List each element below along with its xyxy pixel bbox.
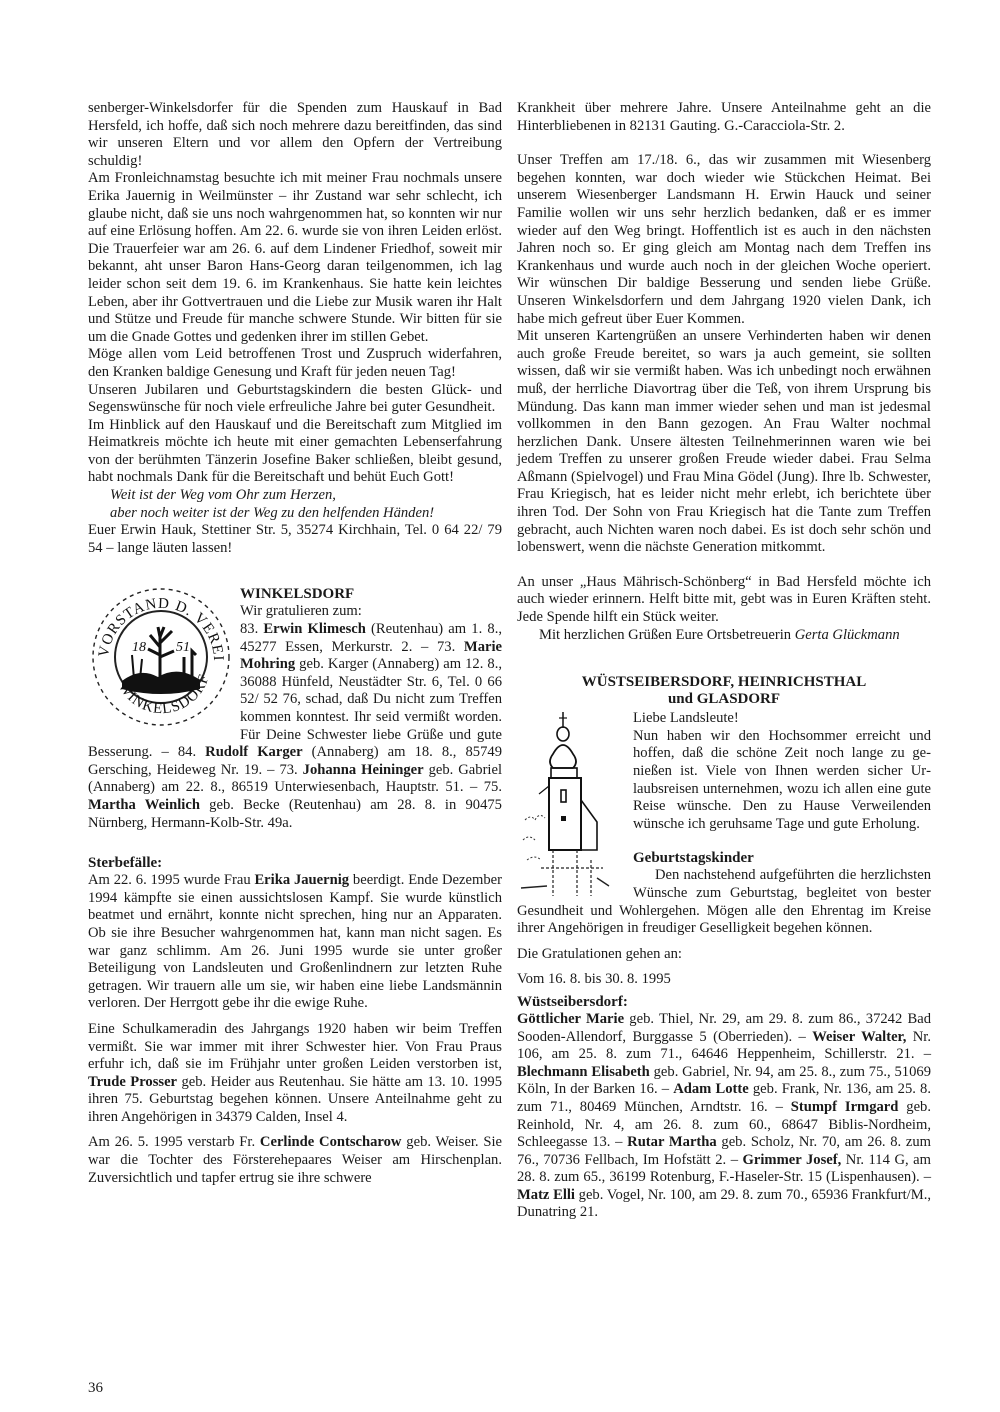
quote-line: Weit ist der Weg vom Ohr zum Herzen, xyxy=(88,487,502,505)
person-name: Erwin Klimesch xyxy=(263,621,365,637)
paragraph: Krankheit über mehrere Jahre. Unsere Ant… xyxy=(517,100,931,135)
person-name: Matz Elli xyxy=(517,1187,575,1203)
paragraph: Die Gratulationen gehen an: xyxy=(517,946,931,964)
person-name: Johanna Heininger xyxy=(303,762,424,778)
paragraph: Unseren Jubilaren und Geburtstagskindern… xyxy=(88,382,502,417)
date-range: Vom 16. 8. bis 30. 8. 1995 xyxy=(517,971,931,989)
person-name: Trude Prosser xyxy=(88,1074,177,1090)
person-name: Adam Lotte xyxy=(673,1081,749,1097)
person-name: Stumpf Irmgard xyxy=(791,1099,899,1115)
person-name: Göttlicher Marie xyxy=(517,1011,624,1027)
section-title: Sterbefälle: xyxy=(88,854,502,872)
left-column: senberger-Winkelsdorfer für die Spenden … xyxy=(88,100,502,1187)
birthday-list: Göttlicher Marie geb. Thiel, Nr. 29, am … xyxy=(517,1011,931,1222)
person-name: Cerlinde Contscharow xyxy=(260,1134,402,1150)
paragraph: Eine Schulkameradin des Jahrgangs 1920 h… xyxy=(88,1021,502,1127)
person-name: Blechmann Elisabeth xyxy=(517,1064,650,1080)
paragraph: Am Fronleichnamstag besuchte ich mit mei… xyxy=(88,170,502,346)
section-title: WÜSTSEIBERSDORF, HEINRICHSTHAL xyxy=(517,674,931,691)
paragraph: Möge allen vom Leid betroffenen Trost un… xyxy=(88,346,502,381)
svg-text:18: 18 xyxy=(132,640,146,655)
paragraph: senberger-Winkelsdorfer für die Spenden … xyxy=(88,100,502,170)
svg-text:51: 51 xyxy=(176,640,190,655)
section-title: und GLASDORF xyxy=(517,691,931,708)
wuestseibersdorf-section: WÜSTSEIBERSDORF, HEINRICHSTHAL und GLASD… xyxy=(517,674,931,1222)
paragraph: Im Hinblick auf den Hauskauf und die Ber… xyxy=(88,417,502,487)
closing: Mit herzlichen Grüßen Eure Ortsbetreueri… xyxy=(517,627,931,645)
signature: Euer Erwin Hauk, Stettiner Str. 5, 35274… xyxy=(88,522,502,557)
paragraph: Unser Treffen am 17./18. 6., das wir zus… xyxy=(517,152,931,328)
person-name: Martha Weinlich xyxy=(88,797,200,813)
person-name: Erika Jauernig xyxy=(254,872,349,888)
person-name: Rutar Martha xyxy=(627,1134,717,1150)
person-name: Weiser Walter, xyxy=(812,1029,906,1045)
paragraph: Mit unseren Kartengrüßen an unsere Verhi… xyxy=(517,328,931,557)
author-name: Gerta Glückmann xyxy=(795,627,900,643)
right-column: Krankheit über mehrere Jahre. Unsere Ant… xyxy=(517,100,931,1222)
svg-text:VORSTAND D. VEREINT. GEMEINDE: VORSTAND D. VEREINT. GEMEINDE xyxy=(88,585,226,662)
quote-line: aber noch weiter ist der Weg zu den helf… xyxy=(88,505,502,523)
church-tower-icon xyxy=(517,710,627,900)
person-name: Grimmer Josef, xyxy=(743,1152,842,1168)
deaths-section: Sterbefälle: Am 22. 6. 1995 wurde Frau E… xyxy=(88,854,502,1187)
paragraph: Am 26. 5. 1995 verstarb Fr. Cerlinde Con… xyxy=(88,1134,502,1187)
winkelsdorf-section: VORSTAND D. VEREINT. GEMEINDE WINKELSDOR… xyxy=(88,585,502,832)
page-number: 36 xyxy=(88,1380,103,1397)
paragraph: Am 22. 6. 1995 wurde Frau Erika Jauernig… xyxy=(88,872,502,1013)
person-name: Rudolf Karger xyxy=(205,744,302,760)
paragraph: An unser „Haus Mährisch-Schönberg“ in Ba… xyxy=(517,574,931,627)
village-heading: Wüstseibersdorf: xyxy=(517,993,931,1011)
village-seal-icon: VORSTAND D. VEREINT. GEMEINDE WINKELSDOR… xyxy=(88,585,234,727)
